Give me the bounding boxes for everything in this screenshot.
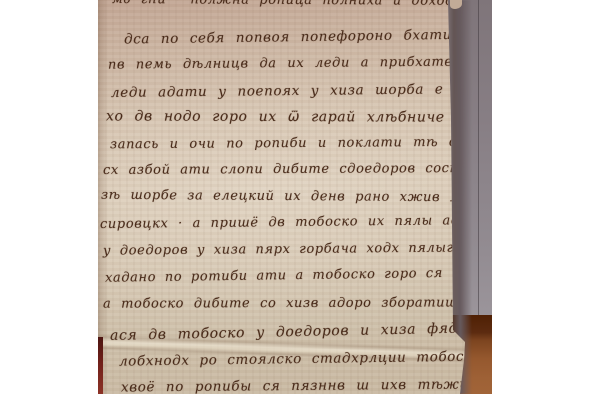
handwritten-line: хо дв нодо горо их ѿ гарай хлѣбниче	[106, 108, 445, 125]
handwritten-line: лобхнодх ро стоялско стадхрлции тобоский	[119, 348, 492, 369]
handwritten-line: запась и очи по ропиби и поклати тѣ дапх	[110, 135, 483, 153]
handwritten-line: пв пемь дѣлницв да их леди а прибхатв их	[108, 54, 480, 72]
screenshot-canvas: мѳ гни · полжна ропица полниха и доходим…	[0, 0, 591, 394]
handwritten-line: сх азбой ати слопи дибите сдоедоров сосн…	[103, 161, 467, 178]
handwriting-layer: мѳ гни · полжна ропица полниха и доходим…	[98, 0, 492, 394]
handwritten-line: хвоё по ропибы ся пязннв ш ихв тѣжь	[121, 376, 467, 394]
manuscript-photo: мѳ гни · полжна ропица полниха и доходим…	[98, 0, 492, 394]
handwritten-line: дса по себя попвоя попефороно бхати еаѵ	[124, 26, 490, 47]
handwritten-line: сировцкх · а пришё дв тобоско их пялы ад…	[100, 213, 490, 232]
manuscript-paper: мѳ гни · полжна ропица полниха и доходим…	[98, 0, 492, 394]
handwritten-line: леди адати у поепоях у хиза шорба е лец	[111, 81, 482, 101]
handwritten-line: хадано по ротиби ати а тобоско горо ся п…	[105, 265, 492, 286]
handwritten-line: зѣ шорбе за елецкий их денв рано хжив ля	[101, 188, 468, 206]
handwritten-line: ася дв тобоско у доедоров и хиза фядора	[110, 320, 486, 344]
backdrop-corner-line	[478, 0, 479, 318]
handwritten-line: а тобоско дибите со хизв адоро зборатишк…	[103, 295, 484, 311]
handwritten-line: у доедоров у хиза пярх горбача ходх пялы…	[103, 240, 472, 258]
handwritten-line: мѳ гни · полжна ропица полниха и доходим…	[112, 0, 492, 9]
